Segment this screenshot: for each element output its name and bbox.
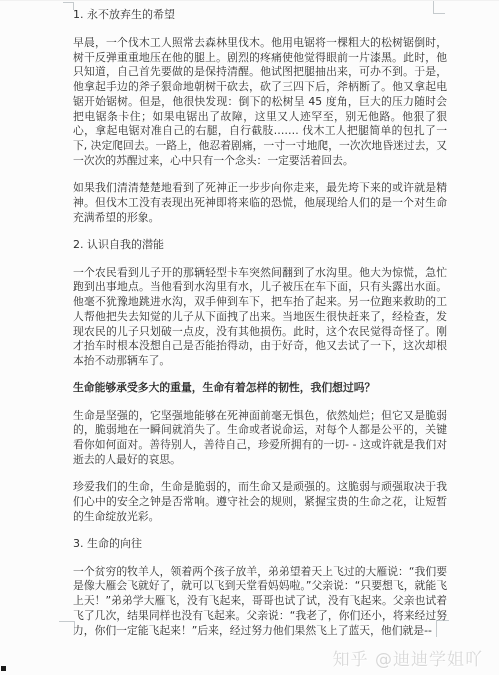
section-heading: 3. 生命的向往 xyxy=(73,537,447,552)
paragraph: 一个贫穷的牧羊人，领着两个孩子放羊，弟弟望着天上飞过的大雁说：“我们要是像大雁会… xyxy=(73,565,447,639)
paragraph: 生命是坚强的，它坚强地能够在死神面前毫无惧色，依然灿烂；但它又是脆弱的，脆弱地在… xyxy=(73,409,447,468)
paragraph: 如果我们清清楚楚地看到了死神正一步步向你走来，最先垮下来的或许就是精神。但伐木工… xyxy=(73,181,447,225)
document-body: 1. 永不放弃生的希望早晨，一个伐木工人照常去森林里伐木。他用电锯将一棵粗大的松… xyxy=(73,8,447,651)
paragraph: 早晨，一个伐木工人照常去森林里伐木。他用电锯将一棵粗大的松树锯倒时，树干反弹重重… xyxy=(73,36,447,169)
paragraph: 珍爱我们的生命，生命是脆弱的，而生命又是顽强的。这脆弱与顽强取决于我们心中的安全… xyxy=(73,480,447,524)
paragraph: 生命能够承受多大的重量，生命有着怎样的韧性，我们想过吗？ xyxy=(73,381,447,396)
section-heading: 1. 永不放弃生的希望 xyxy=(73,8,447,23)
section-heading: 2. 认识自我的潜能 xyxy=(73,238,447,253)
document-page: 1. 永不放弃生的希望早晨，一个伐木工人照常去森林里伐木。他用电锯将一棵粗大的松… xyxy=(0,0,499,675)
page-edge-dot xyxy=(1,666,6,671)
watermark: 知乎 @迪迪学姐吖 xyxy=(333,645,483,670)
paragraph: 一个农民看到儿子开的那辆轻型卡车突然间翻到了水沟里。他大为惊慌，急忙跑到出事地点… xyxy=(73,266,447,369)
